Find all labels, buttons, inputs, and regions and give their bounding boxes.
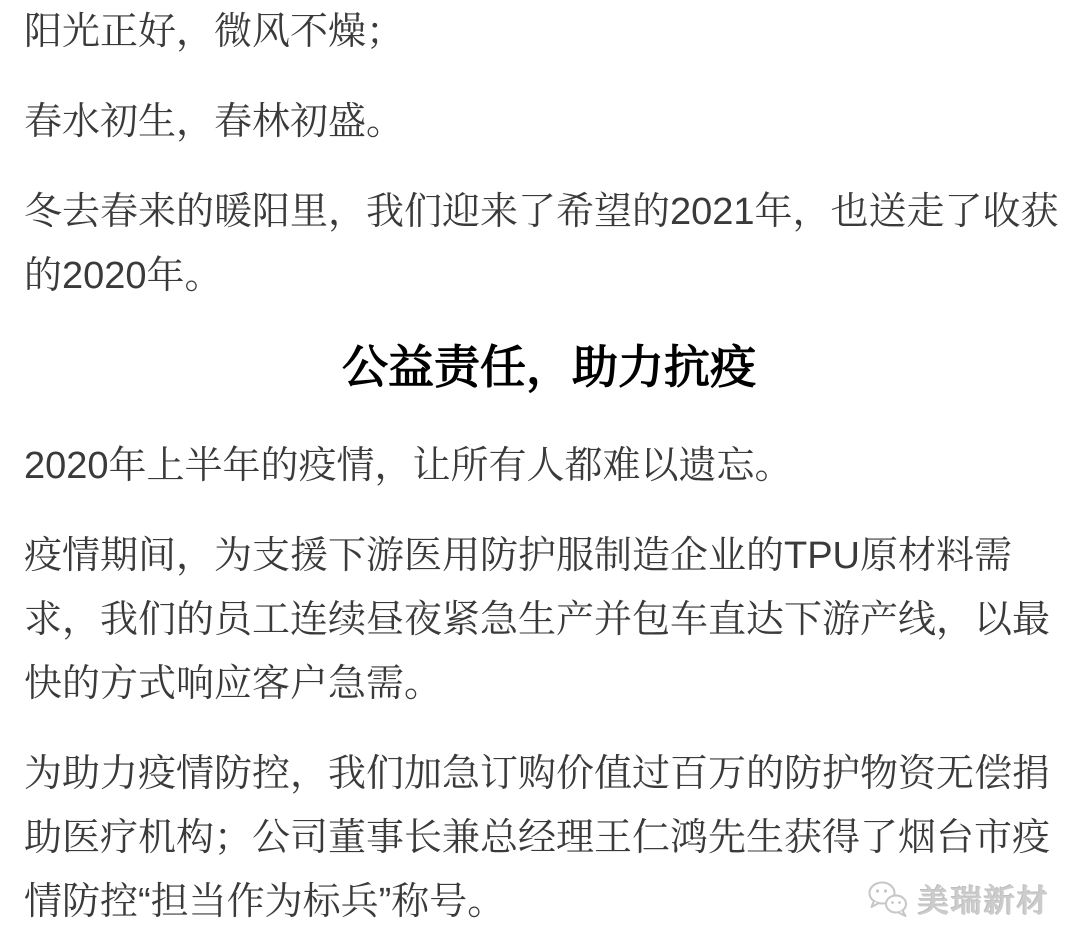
watermark: 美瑞新材 <box>867 876 1050 921</box>
article-body: 阳光正好，微风不燥； 春水初生，春林初盛。 冬去春来的暖阳里，我们迎来了希望的2… <box>24 0 1074 934</box>
section-heading: 公益责任，助力抗疫 <box>24 334 1074 400</box>
paragraph: 2020年上半年的疫情，让所有人都难以遗忘。 <box>24 434 1074 498</box>
paragraph: 疫情期间，为支援下游医用防护服制造企业的TPU原材料需求，我们的员工连续昼夜紧急… <box>24 524 1074 716</box>
watermark-label: 美瑞新材 <box>918 876 1050 921</box>
paragraph: 冬去春来的暖阳里，我们迎来了希望的2021年，也送走了收获的2020年。 <box>24 180 1074 308</box>
paragraph: 阳光正好，微风不燥； <box>24 0 1074 64</box>
paragraph: 春水初生，春林初盛。 <box>24 90 1074 154</box>
wechat-icon <box>867 880 909 918</box>
